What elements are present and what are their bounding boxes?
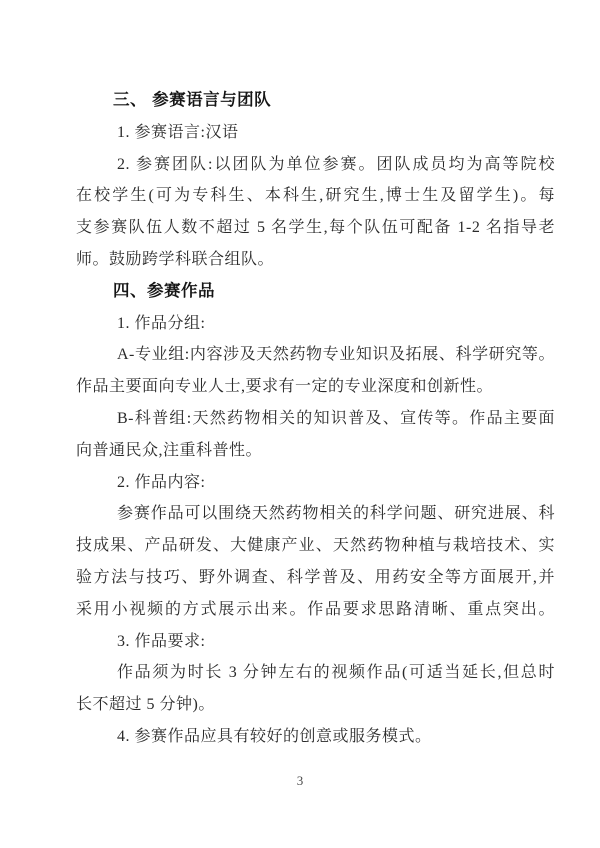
text-line: 4. 参赛作品应具有较好的创意或服务模式。 (76, 721, 555, 753)
text-line: 技成果、产品研发、大健康产业、天然药物种植与栽培技术、实 (76, 530, 555, 562)
text-line: 2. 参赛团队:以团队为单位参赛。团队成员均为高等院校 (76, 149, 555, 181)
text-line: 支参赛队伍人数不超过 5 名学生,每个队伍可配备 1-2 名指导老 (76, 212, 555, 244)
text-line: 1. 参赛语言:汉语 (76, 117, 555, 149)
section-heading: 三、 参赛语言与团队 (76, 85, 555, 117)
text-line: 作品须为时长 3 分钟左右的视频作品(可适当延长,但总时 (76, 657, 555, 689)
paragraph: 1. 作品分组: (76, 308, 555, 340)
heading-line: 四、参赛作品 (76, 276, 555, 308)
text-line: 2. 作品内容: (76, 467, 555, 499)
text-line: 在校学生(可为专科生、本科生,研究生,博士生及留学生)。每 (76, 180, 555, 212)
paragraph: 4. 参赛作品应具有较好的创意或服务模式。 (76, 721, 555, 753)
text-line: 验方法与技巧、野外调查、科学普及、用药安全等方面展开,并 (76, 562, 555, 594)
text-line: 长不超过 5 分钟)。 (76, 689, 555, 721)
text-line: B-科普组:天然药物相关的知识普及、宣传等。作品主要面 (76, 403, 555, 435)
text-line: 1. 作品分组: (76, 308, 555, 340)
text-line: 参赛作品可以围绕天然药物相关的科学问题、研究进展、科 (76, 498, 555, 530)
text-line: 采用小视频的方式展示出来。作品要求思路清晰、重点突出。 (76, 594, 555, 626)
paragraph: 参赛作品可以围绕天然药物相关的科学问题、研究进展、科技成果、产品研发、大健康产业… (76, 498, 555, 625)
paragraph: 作品须为时长 3 分钟左右的视频作品(可适当延长,但总时长不超过 5 分钟)。 (76, 657, 555, 721)
paragraph: 3. 作品要求: (76, 626, 555, 658)
paragraph: B-科普组:天然药物相关的知识普及、宣传等。作品主要面向普通民众,注重科普性。 (76, 403, 555, 467)
text-line: 作品主要面向专业人士,要求有一定的专业深度和创新性。 (76, 371, 555, 403)
text-line: 3. 作品要求: (76, 626, 555, 658)
page-number: 3 (0, 773, 600, 789)
section-heading: 四、参赛作品 (76, 276, 555, 308)
document-content: 三、 参赛语言与团队1. 参赛语言:汉语2. 参赛团队:以团队为单位参赛。团队成… (76, 85, 555, 753)
heading-line: 三、 参赛语言与团队 (76, 85, 555, 117)
paragraph: A-专业组:内容涉及天然药物专业知识及拓展、科学研究等。作品主要面向专业人士,要… (76, 339, 555, 403)
text-line: 向普通民众,注重科普性。 (76, 435, 555, 467)
paragraph: 2. 作品内容: (76, 467, 555, 499)
text-line: A-专业组:内容涉及天然药物专业知识及拓展、科学研究等。 (76, 339, 555, 371)
document-page: 三、 参赛语言与团队1. 参赛语言:汉语2. 参赛团队:以团队为单位参赛。团队成… (0, 0, 600, 848)
text-line: 师。鼓励跨学科联合组队。 (76, 244, 555, 276)
paragraph: 2. 参赛团队:以团队为单位参赛。团队成员均为高等院校在校学生(可为专科生、本科… (76, 149, 555, 276)
paragraph: 1. 参赛语言:汉语 (76, 117, 555, 149)
